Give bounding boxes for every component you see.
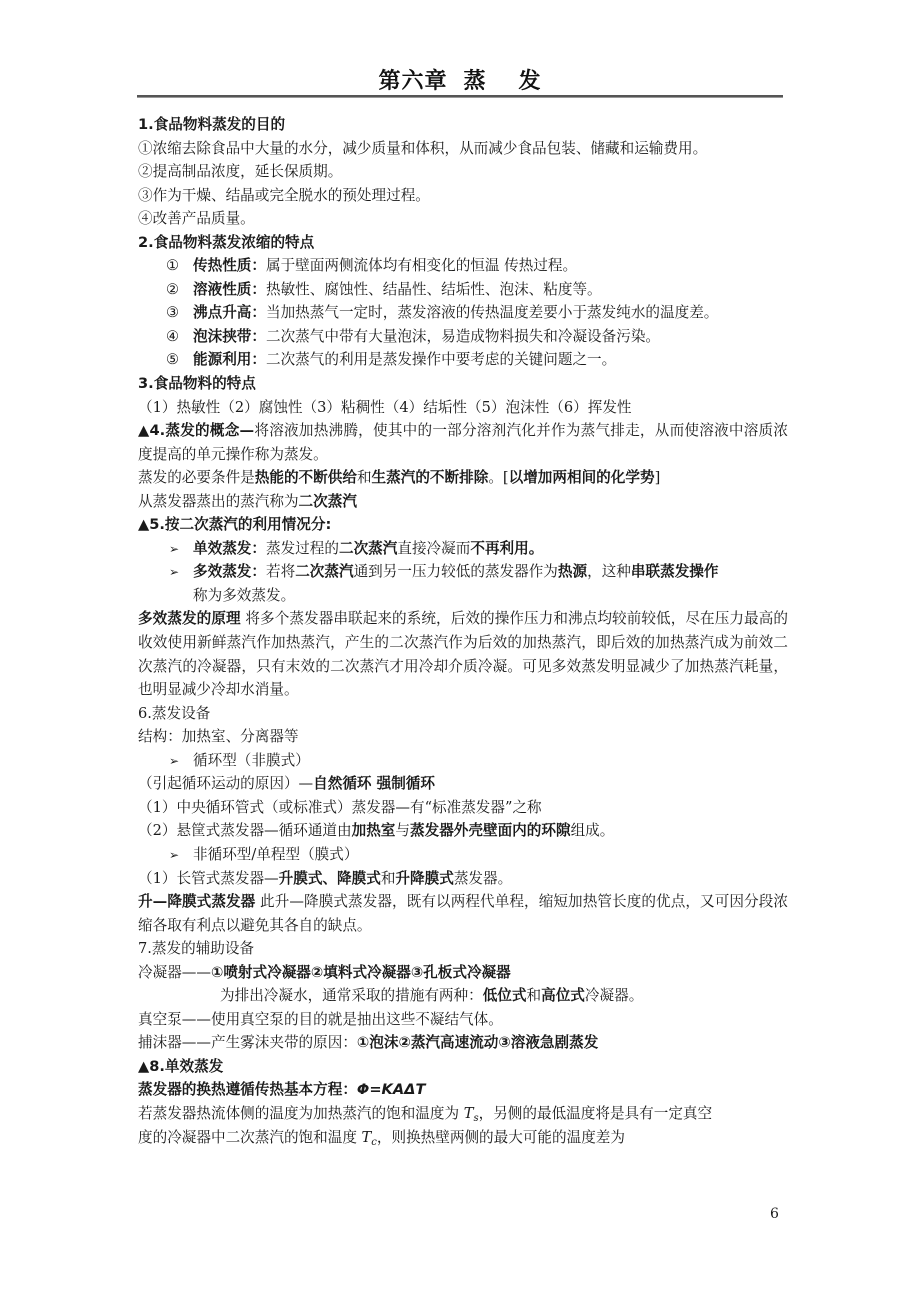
text: 为排出冷凝水，通常采取的措施有两种： [220,987,483,1004]
arrow-bullet-icon: ➢ [169,750,193,774]
document-body: 1.食品物料蒸发的目的 ①浓缩去除食品中大量的水分，减少质量和体积，从而减少食品… [138,113,788,1149]
heat-transfer-equation: 蒸发器的换热遵循传热基本方程：Φ=KAΔT [138,1078,788,1102]
bold-text: ①泡沫②蒸汽高速流动③溶液急剧蒸发 [357,1034,598,1051]
item-text: 二次蒸气中带有大量泡沫，易造成物料损失和冷凝设备污染。 [266,328,660,345]
section-2-heading: 2.食品物料蒸发浓缩的特点 [138,231,788,255]
text: ] [655,469,661,486]
bold-text: 升膜式、降膜式 [279,870,381,887]
text: 蒸发的必要条件是 [138,469,255,486]
text: 和 [381,870,396,887]
structure-line: 结构：加热室、分离器等 [138,725,788,749]
text: 冷凝器—— [138,964,211,981]
foam-trap-line: 捕沫器——产生雾沫夹带的原因：①泡沫②蒸汽高速流动③溶液急剧蒸发 [138,1031,788,1055]
item-term: 溶液性质： [193,281,266,298]
document-page: 第六章蒸发 1.食品物料蒸发的目的 ①浓缩去除食品中大量的水分，减少质量和体积，… [0,0,920,1302]
text: 通到另一压力较低的蒸发器作为 [354,563,558,580]
section-1-heading: 1.食品物料蒸发的目的 [138,113,788,137]
equation-label: 蒸发器的换热遵循传热基本方程： [138,1081,357,1098]
item-number: ① [166,254,193,278]
item-term: 单效蒸发： [193,540,266,557]
text: 从蒸发器蒸出的蒸汽称为 [138,493,299,510]
chapter-title: 第六章蒸发 [137,64,783,95]
bold-text: 生蒸汽的不断排除 [372,469,489,486]
bold-text: 不再利用。 [470,540,543,557]
single-effect-item: ➢单效蒸发：蒸发过程的二次蒸汽直接冷凝而不再利用。 [138,537,788,561]
section-1-item: ③作为干燥、结晶或完全脱水的预处理过程。 [138,184,788,208]
vacuum-pump-line: 真空泵——使用真空泵的目的就是抽出这些不凝结气体。 [138,1008,788,1032]
bold-text: 高位式 [541,987,585,1004]
item-number: ② [166,278,193,302]
text: 蒸发器。 [454,870,512,887]
arrow-bullet-icon: ➢ [169,844,193,868]
text: 。[ [488,469,508,486]
text: ，这种 [587,563,631,580]
text: 循环型（非膜式） [193,752,310,769]
section-3-text: （1）热敏性（2）腐蚀性（3）粘稠性（4）结垢性（5）泡沫性（6）挥发性 [138,396,788,420]
text: 直接冷凝而 [397,540,470,557]
bold-text: 二次蒸汽 [339,540,397,557]
item-term: 泡沫挟带： [193,328,266,345]
page-number: 6 [770,1206,779,1222]
item-text: 属于壁面两侧流体均有相变化的恒温 传热过程。 [266,257,577,274]
bold-text: 蒸发器外壳壁面内的环隙 [410,822,571,839]
section-6-heading: 6.蒸发设备 [138,702,788,726]
section-2-item: ③沸点升高：当加热蒸气一定时，蒸发溶液的传热温度差要小于蒸发纯水的温度差。 [138,301,788,325]
temperature-paragraph-line-2: 度的冷凝器中二次蒸汽的饱和温度 Tc，则换热壁两侧的最大可能的温度差为 [138,1126,788,1150]
header-rule [137,95,783,98]
item-term: 多效蒸发： [193,563,266,580]
bold-text: 串联蒸发操作 [631,563,719,580]
text: 与 [395,822,410,839]
bold-text: 升—降膜式蒸发器 [138,893,255,910]
condenser-line: 冷凝器——①喷射式冷凝器②填料式冷凝器③孔板式冷凝器 [138,961,788,985]
non-circulation-type: ➢非循环型/单程型（膜式） [138,843,788,867]
text: 和 [527,987,542,1004]
item-text: 热敏性、腐蚀性、结晶性、结垢性、泡沫、粘度等。 [266,281,602,298]
text: 若蒸发器热流体侧的温度为加热蒸汽的饱和温度为 [138,1105,464,1122]
section-8-heading: ▲8.单效蒸发 [138,1055,788,1079]
central-tube-evaporator: （1）中央循环管式（或标准式）蒸发器—有“标准蒸发器”之称 [138,796,788,820]
condenser-drainage-line: 为排出冷凝水，通常采取的措施有两种：低位式和高位式冷凝器。 [138,984,788,1008]
text: 度的冷凝器中二次蒸汽的饱和温度 [138,1129,362,1146]
item-term: 传热性质： [193,257,266,274]
bold-text: 热能的不断供给 [255,469,357,486]
bold-text: ①喷射式冷凝器②填料式冷凝器③孔板式冷凝器 [211,964,511,981]
text: 蒸发过程的 [266,540,339,557]
chapter-title-char2: 发 [519,69,542,94]
section-2-item: ②溶液性质：热敏性、腐蚀性、结晶性、结垢性、泡沫、粘度等。 [138,278,788,302]
item-term: 沸点升高： [193,304,266,321]
section-5-heading: ▲5.按二次蒸汽的利用情况分: [138,513,788,537]
circulation-cause: （引起循环运动的原因）—自然循环 强制循环 [138,772,788,796]
bold-text: 以增加两相间的化学势 [509,469,655,486]
secondary-steam-definition: 从蒸发器蒸出的蒸汽称为二次蒸汽 [138,490,788,514]
text: 非循环型/单程型（膜式） [193,846,358,863]
item-term: 能源利用： [193,351,266,368]
item-text: 当加热蒸气一定时，蒸发溶液的传热温度差要小于蒸发纯水的温度差。 [266,304,718,321]
evaporation-condition: 蒸发的必要条件是热能的不断供给和生蒸汽的不断排除。[以增加两相间的化学势] [138,466,788,490]
principle-term: 多效蒸发的原理 [138,610,241,627]
text: ，另侧的最低温度将是具有一定真空 [479,1105,713,1122]
chapter-title-char1: 蒸 [463,69,486,94]
section-7-heading: 7.蒸发的辅助设备 [138,937,788,961]
text: （引起循环运动的原因）— [138,775,313,792]
multi-effect-principle: 多效蒸发的原理 将多个蒸发器串联起来的系统，后效的操作压力和沸点均较前较低，尽在… [138,607,788,701]
bold-text: 自然循环 强制循环 [313,775,435,792]
bold-text: 升降膜式 [395,870,453,887]
item-text: 二次蒸气的利用是蒸发操作中要考虑的关键问题之一。 [266,351,616,368]
rising-falling-film-evaporator: 升—降膜式蒸发器 此升—降膜式蒸发器，既有以两程代单程，缩短加热管长度的优点，又… [138,890,788,937]
section-2-item: ⑤能源利用：二次蒸气的利用是蒸发操作中要考虑的关键问题之一。 [138,348,788,372]
long-tube-evaporator: （1）长管式蒸发器—升膜式、降膜式和升降膜式蒸发器。 [138,867,788,891]
text: 捕沫器——产生雾沫夹带的原因： [138,1034,357,1051]
bold-text: 加热室 [352,822,396,839]
multi-effect-item: ➢多效蒸发：若将二次蒸汽通到另一压力较低的蒸发器作为热源，这种串联蒸发操作 [138,560,788,584]
equation: Φ=KAΔT [357,1081,426,1098]
text: 若将 [266,563,295,580]
symbol-ts: T [464,1105,474,1122]
section-4-heading: ▲4.蒸发的概念— [138,422,254,439]
section-1-item: ②提高制品浓度，延长保质期。 [138,160,788,184]
bold-text: 二次蒸汽 [299,493,357,510]
section-3-heading: 3.食品物料的特点 [138,372,788,396]
text: （2）悬筐式蒸发器—循环通道由 [138,822,352,839]
section-2-item: ①传热性质：属于壁面两侧流体均有相变化的恒温 传热过程。 [138,254,788,278]
arrow-bullet-icon: ➢ [169,538,193,562]
text: 组成。 [571,822,615,839]
basket-evaporator: （2）悬筐式蒸发器—循环通道由加热室与蒸发器外壳壁面内的环隙组成。 [138,819,788,843]
bold-text: 热源 [558,563,587,580]
bold-text: 低位式 [483,987,527,1004]
item-number: ③ [166,301,193,325]
section-2-item: ④泡沫挟带：二次蒸气中带有大量泡沫，易造成物料损失和冷凝设备污染。 [138,325,788,349]
bold-text: 二次蒸汽 [295,563,353,580]
circulation-type: ➢循环型（非膜式） [138,749,788,773]
temperature-paragraph-line-1: 若蒸发器热流体侧的温度为加热蒸汽的饱和温度为 Ts，另侧的最低温度将是具有一定真… [138,1102,788,1126]
item-number: ⑤ [166,348,193,372]
section-1-item: ①浓缩去除食品中大量的水分，减少质量和体积，从而减少食品包装、储藏和运输费用。 [138,137,788,161]
text: ，则换热壁两侧的最大可能的温度差为 [377,1129,625,1146]
section-4-definition: ▲4.蒸发的概念—将溶液加热沸腾，使其中的一部分溶剂汽化并作为蒸气排走，从而使溶… [138,419,788,466]
text: 冷凝器。 [585,987,643,1004]
text: 和 [357,469,372,486]
section-1-item: ④改善产品质量。 [138,207,788,231]
arrow-bullet-icon: ➢ [169,561,193,585]
item-number: ④ [166,325,193,349]
text: （1）长管式蒸发器— [138,870,279,887]
symbol-tc: T [362,1129,372,1146]
chapter-number: 第六章 [378,69,447,94]
multi-effect-continuation: 称为多效蒸发。 [138,584,788,608]
